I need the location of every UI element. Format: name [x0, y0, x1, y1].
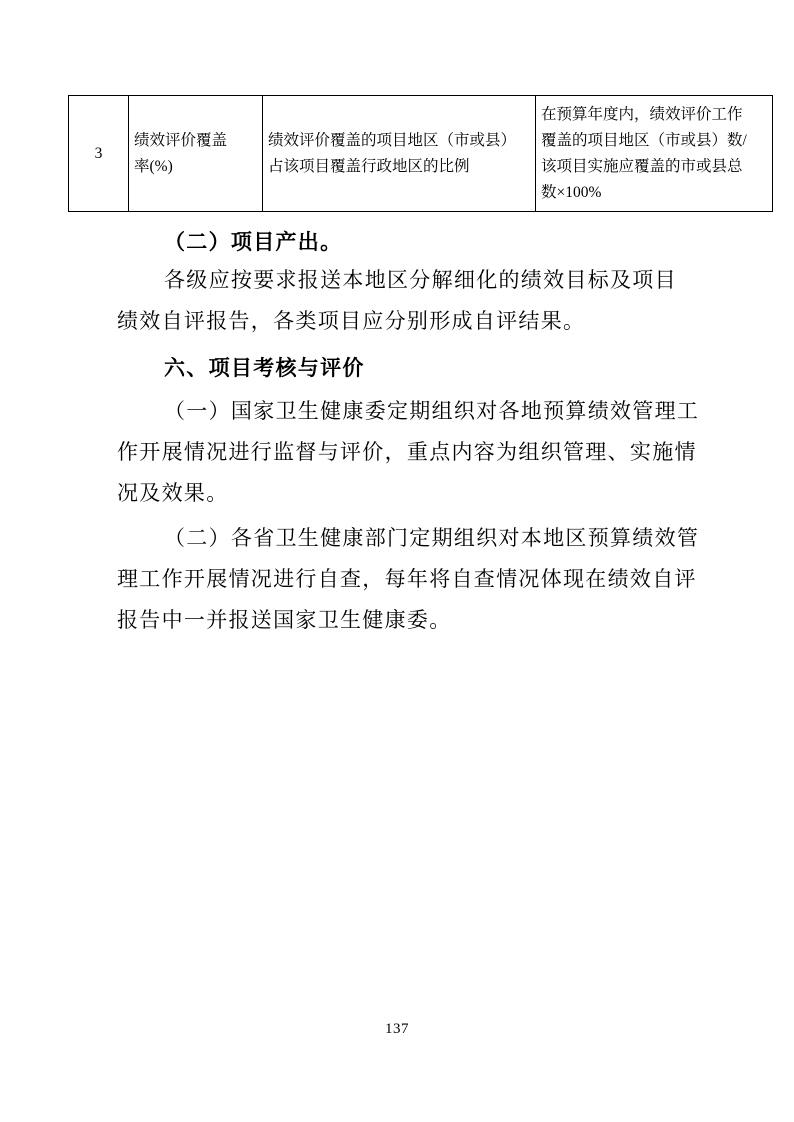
heading-project-assessment: 六、项目考核与评价 [117, 350, 737, 386]
indicator-name-cell: 绩效评价覆盖 率(%) [129, 96, 263, 212]
row-index-cell: 3 [69, 96, 129, 212]
heading-project-output: （二）项目产出。 [117, 224, 737, 260]
table-row: 3 绩效评价覆盖 率(%) 绩效评价覆盖的项目地区（市或县） 占该项目覆盖行政地… [69, 96, 773, 212]
indicator-table: 3 绩效评价覆盖 率(%) 绩效评价覆盖的项目地区（市或县） 占该项目覆盖行政地… [68, 95, 773, 212]
indicator-definition-cell: 绩效评价覆盖的项目地区（市或县） 占该项目覆盖行政地区的比例 [263, 96, 536, 212]
paragraph-assessment-1: （一）国家卫生健康委定期组织对各地预算绩效管理工 作开展情况进行监督与评价，重点… [117, 391, 737, 514]
document-page: 3 绩效评价覆盖 率(%) 绩效评价覆盖的项目地区（市或县） 占该项目覆盖行政地… [0, 0, 794, 1122]
indicator-formula-cell: 在预算年度内，绩效评价工作 覆盖的项目地区（市或县）数/ 该项目实施应覆盖的市或… [536, 96, 773, 212]
paragraph-assessment-2: （二）各省卫生健康部门定期组织对本地区预算绩效管 理工作开展情况进行自查，每年将… [117, 518, 737, 641]
page-number: 137 [0, 1021, 794, 1038]
paragraph-project-output: 各级应按要求报送本地区分解细化的绩效目标及项目 绩效自评报告，各类项目应分别形成… [117, 260, 737, 342]
